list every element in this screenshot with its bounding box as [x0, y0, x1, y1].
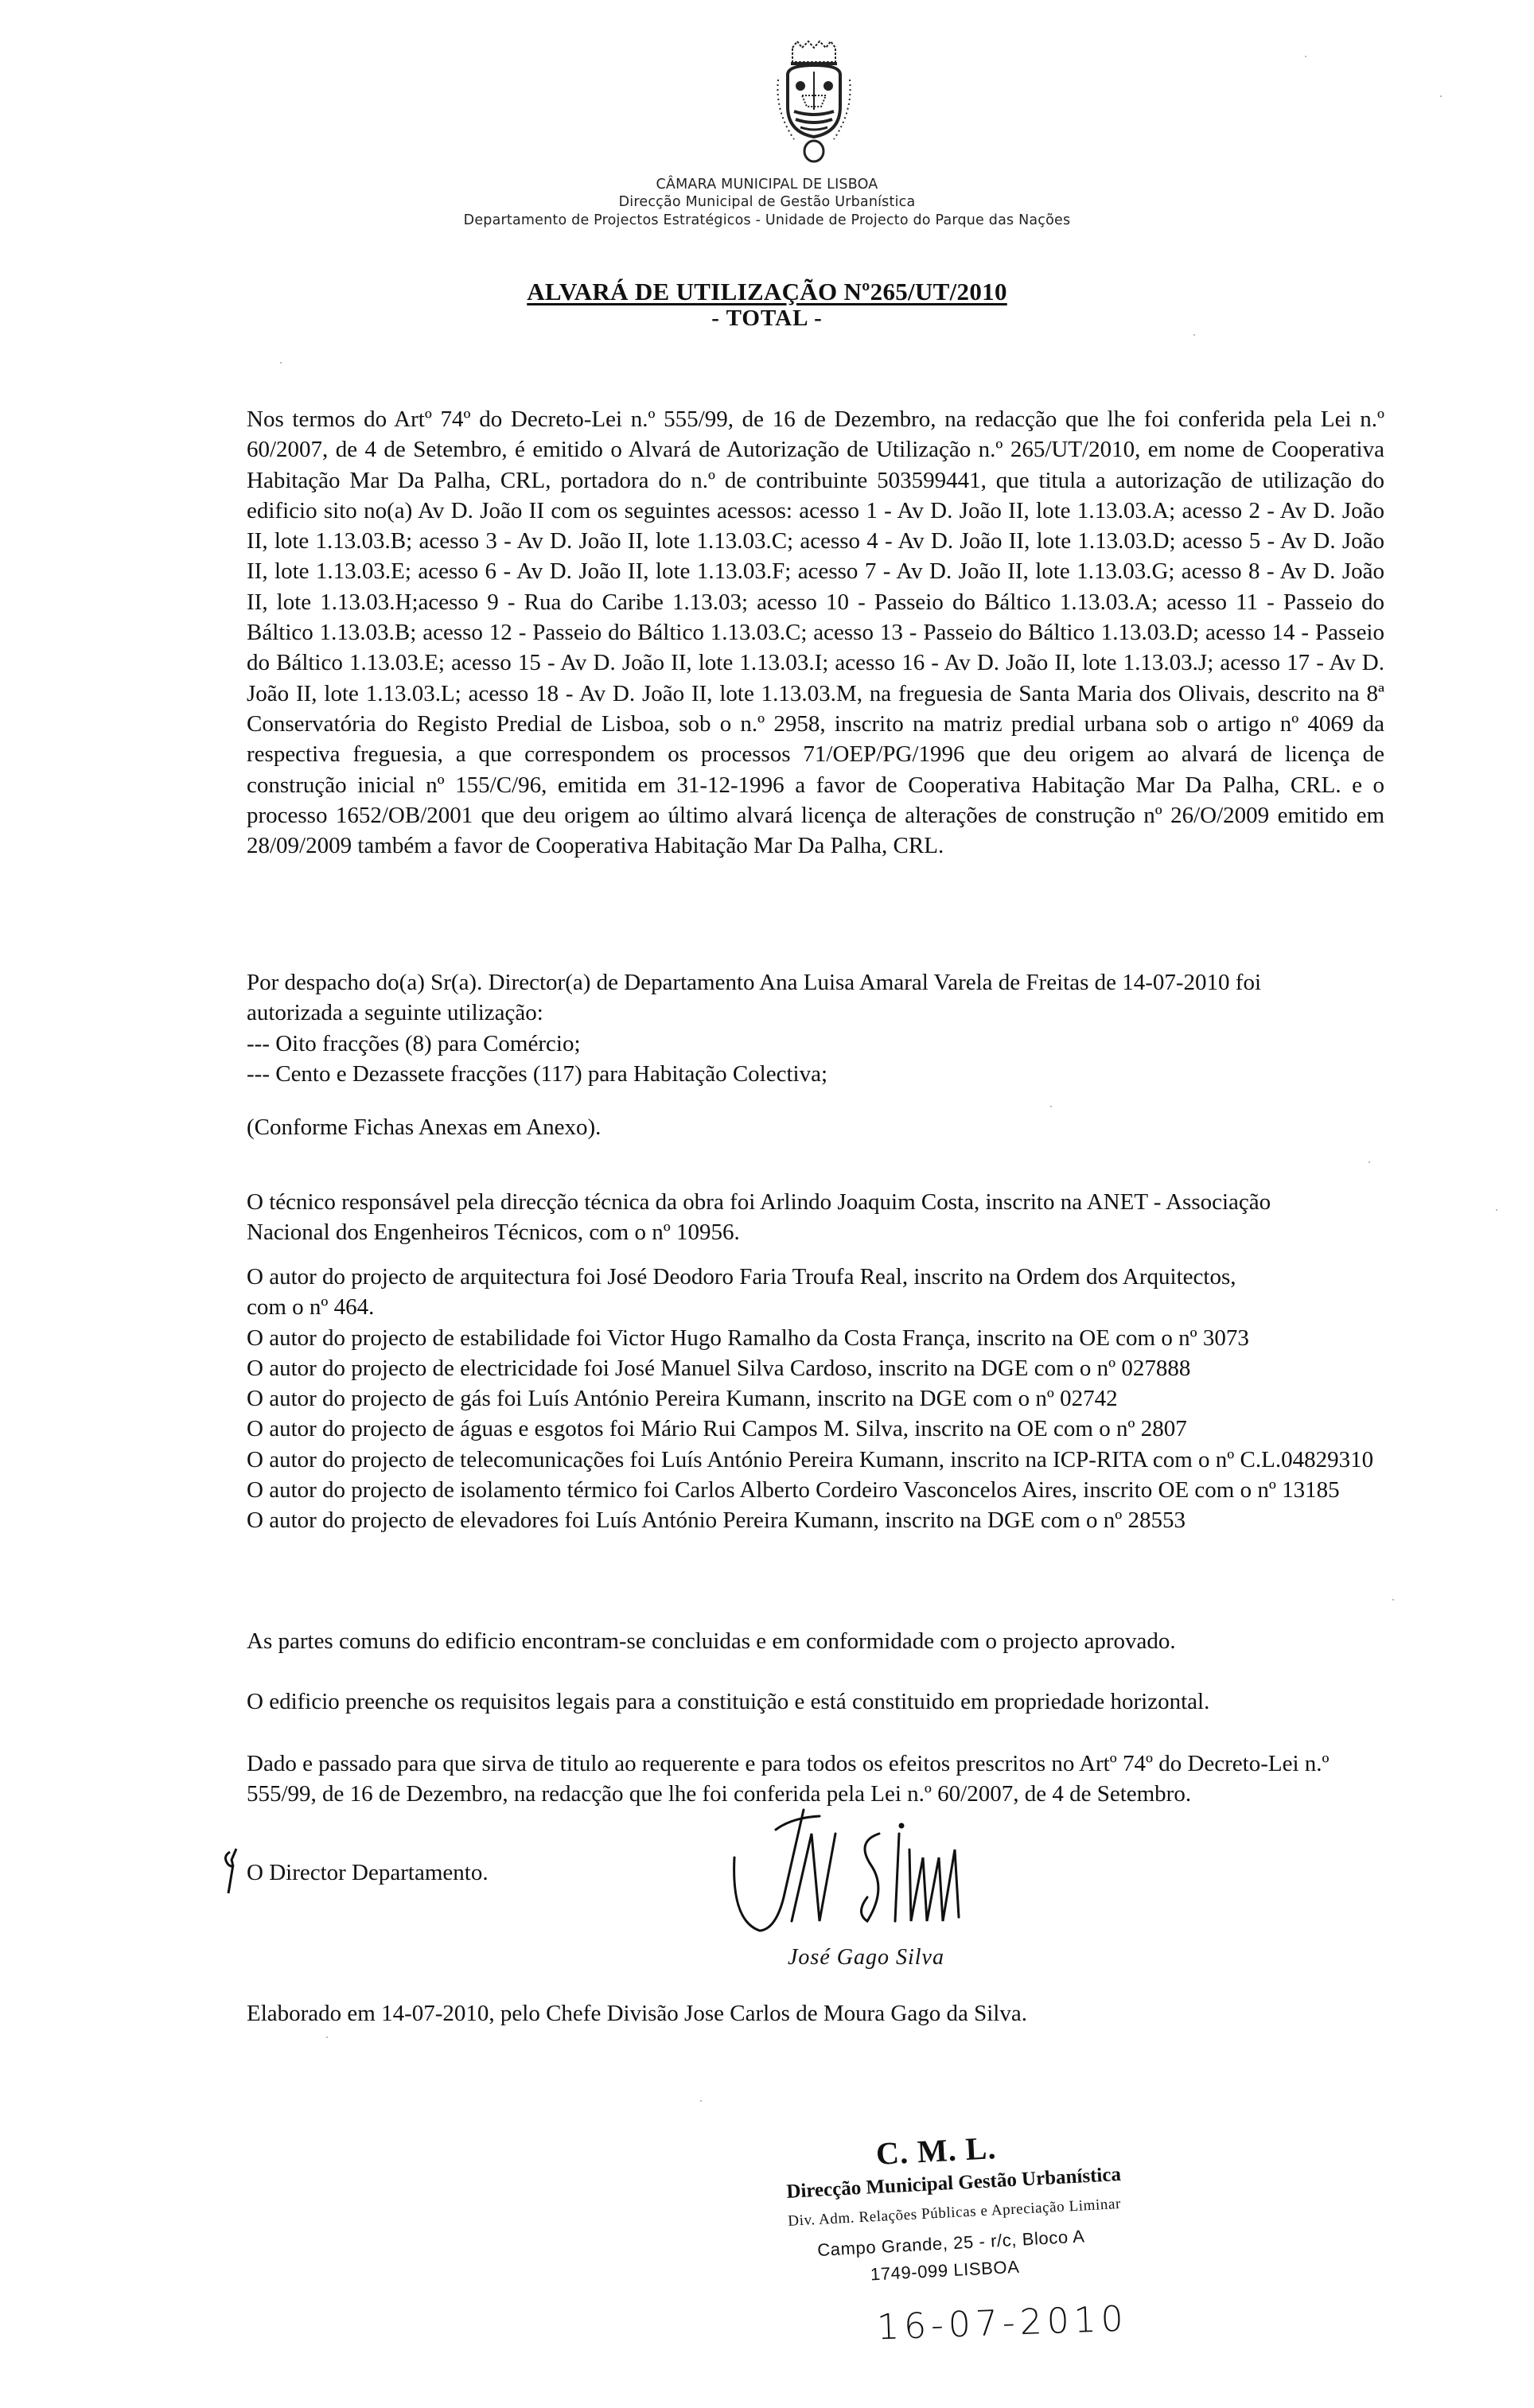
author-item: O autor do projecto de electricidade foi…: [247, 1353, 1376, 1383]
conforme-paragraph: (Conforme Fichas Anexas em Anexo).: [247, 1112, 1384, 1142]
handwritten-date: 16-07-2010: [876, 2299, 1128, 2348]
author-item: O autor do projecto de telecomunicações …: [247, 1445, 1376, 1475]
project-authors-list: O autor do projecto de arquitectura foi …: [247, 1262, 1376, 1536]
technical-director-paragraph: O técnico responsável pela direcção técn…: [247, 1187, 1353, 1248]
despacho-paragraph: Por despacho do(a) Sr(a). Director(a) de…: [247, 967, 1384, 1089]
document-subtitle: - TOTAL -: [0, 305, 1534, 332]
author-item: O autor do projecto de gás foi Luís Antó…: [247, 1383, 1376, 1414]
closing-paragraph: Dado e passado para que sirva de titulo …: [247, 1749, 1392, 1810]
author-item: O autor do projecto de estabilidade foi …: [247, 1323, 1376, 1353]
document-page: CÂMARA MUNICIPAL DE LISBOA Direcção Muni…: [0, 0, 1534, 2408]
author-item: O autor do projecto de elevadores foi Lu…: [247, 1505, 1376, 1535]
department-name: Departamento de Projectos Estratégicos -…: [0, 212, 1534, 228]
common-parts-paragraph: As partes comuns do edificio encontram-s…: [247, 1626, 1384, 1656]
stamp-address: Campo Grande, 25 - r/c, Bloco A: [817, 2226, 1085, 2261]
author-item: O autor do projecto de águas e esgotos f…: [247, 1414, 1376, 1444]
handwritten-signature-icon: [728, 1802, 1038, 1937]
stamp-acronym: C. M. L.: [875, 2129, 998, 2173]
intro-paragraph: Nos termos do Artº 74º do Decreto-Lei n.…: [247, 404, 1384, 861]
use-item: --- Cento e Dezassete fracções (117) par…: [247, 1059, 1384, 1089]
author-item: O autor do projecto de isolamento térmic…: [247, 1475, 1376, 1505]
lisbon-coat-of-arms-icon: [770, 40, 858, 167]
official-stamp: C. M. L. Direcção Municipal Gestão Urban…: [784, 2117, 1239, 2331]
prepared-by-line: Elaborado em 14-07-2010, pelo Chefe Divi…: [247, 2001, 1027, 2027]
organization-name: CÂMARA MUNICIPAL DE LISBOA: [0, 177, 1534, 193]
signer-name: José Gago Silva: [788, 1945, 944, 1970]
use-item: --- Oito fracções (8) para Comércio;: [247, 1029, 1384, 1059]
director-title: O Director Departamento.: [247, 1860, 489, 1886]
directorate-name: Direcção Municipal de Gestão Urbanística: [0, 194, 1534, 210]
building-paragraph: O edificio preenche os requisitos legais…: [247, 1686, 1408, 1717]
document-title: ALVARÁ DE UTILIZAÇÃO Nº265/UT/2010: [0, 278, 1534, 306]
author-item: O autor do projecto de arquitectura foi …: [247, 1262, 1281, 1323]
stamp-postal-code: 1749-099 LISBOA: [870, 2257, 1020, 2285]
initials-mark-icon: [219, 1846, 251, 1901]
